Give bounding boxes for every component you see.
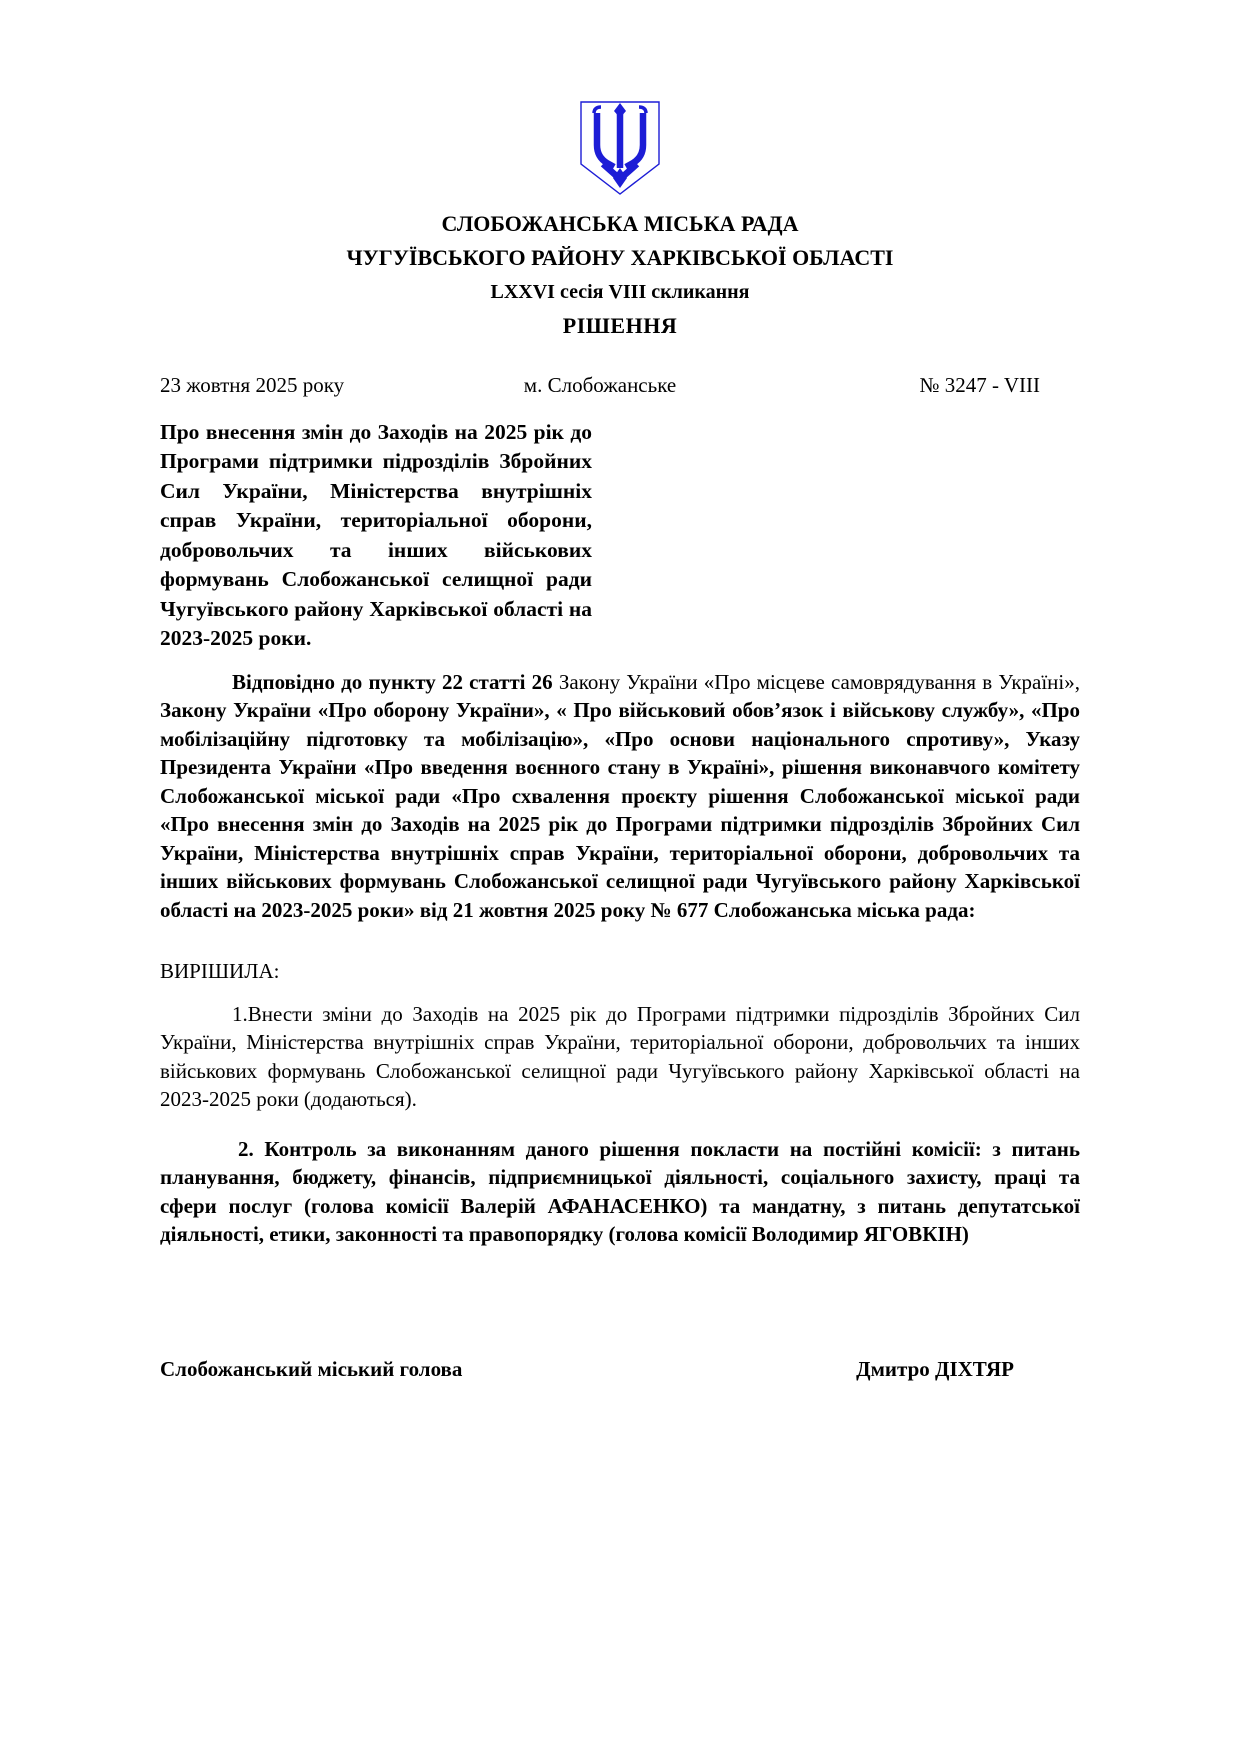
document-content: СЛОБОЖАНСЬКА МІСЬКА РАДА ЧУГУЇВСЬКОГО РА… (0, 0, 1240, 1382)
org-name-line2: ЧУГУЇВСЬКОГО РАЙОНУ ХАРКІВСЬКОЇ ОБЛАСТІ (160, 245, 1080, 271)
signer-position: Слобожанський міський голова (160, 1357, 462, 1382)
preamble-paragraph: Відповідно до пункту 22 статті 26 Закону… (160, 668, 1080, 925)
preamble-part3: Закону України «Про оборону України», « … (160, 698, 1080, 922)
ukraine-trident-icon (576, 185, 664, 202)
decision-item-1: 1.Внести зміни до Заходів на 2025 рік до… (160, 1000, 1080, 1114)
doc-date: 23 жовтня 2025 року (160, 373, 524, 398)
meta-row: 23 жовтня 2025 року м. Слобожанське № 32… (160, 373, 1080, 398)
doc-type-heading: РІШЕННЯ (160, 313, 1080, 339)
doc-number: № 3247 - VIII (676, 373, 1080, 398)
doc-title: Про внесення змін до Заходів на 2025 рік… (160, 418, 592, 654)
preamble-part1: Відповідно до пункту 22 статті 26 (232, 670, 553, 694)
session-line: LXXVI сесія VIII скликання (160, 281, 1080, 304)
emblem-container (160, 0, 1080, 203)
doc-place: м. Слобожанське (524, 373, 676, 398)
decision-item-2: 2. Контроль за виконанням даного рішення… (160, 1135, 1080, 1249)
resolved-heading: ВИРІШИЛА: (160, 959, 1080, 984)
preamble-part2: Закону України «Про місцеве самоврядуван… (553, 670, 1080, 694)
document-page: СЛОБОЖАНСЬКА МІСЬКА РАДА ЧУГУЇВСЬКОГО РА… (0, 0, 1240, 1754)
org-name-line1: СЛОБОЖАНСЬКА МІСЬКА РАДА (160, 211, 1080, 237)
signer-name: Дмитро ДІХТЯР (856, 1357, 1080, 1382)
signature-row: Слобожанський міський голова Дмитро ДІХТ… (160, 1357, 1080, 1382)
